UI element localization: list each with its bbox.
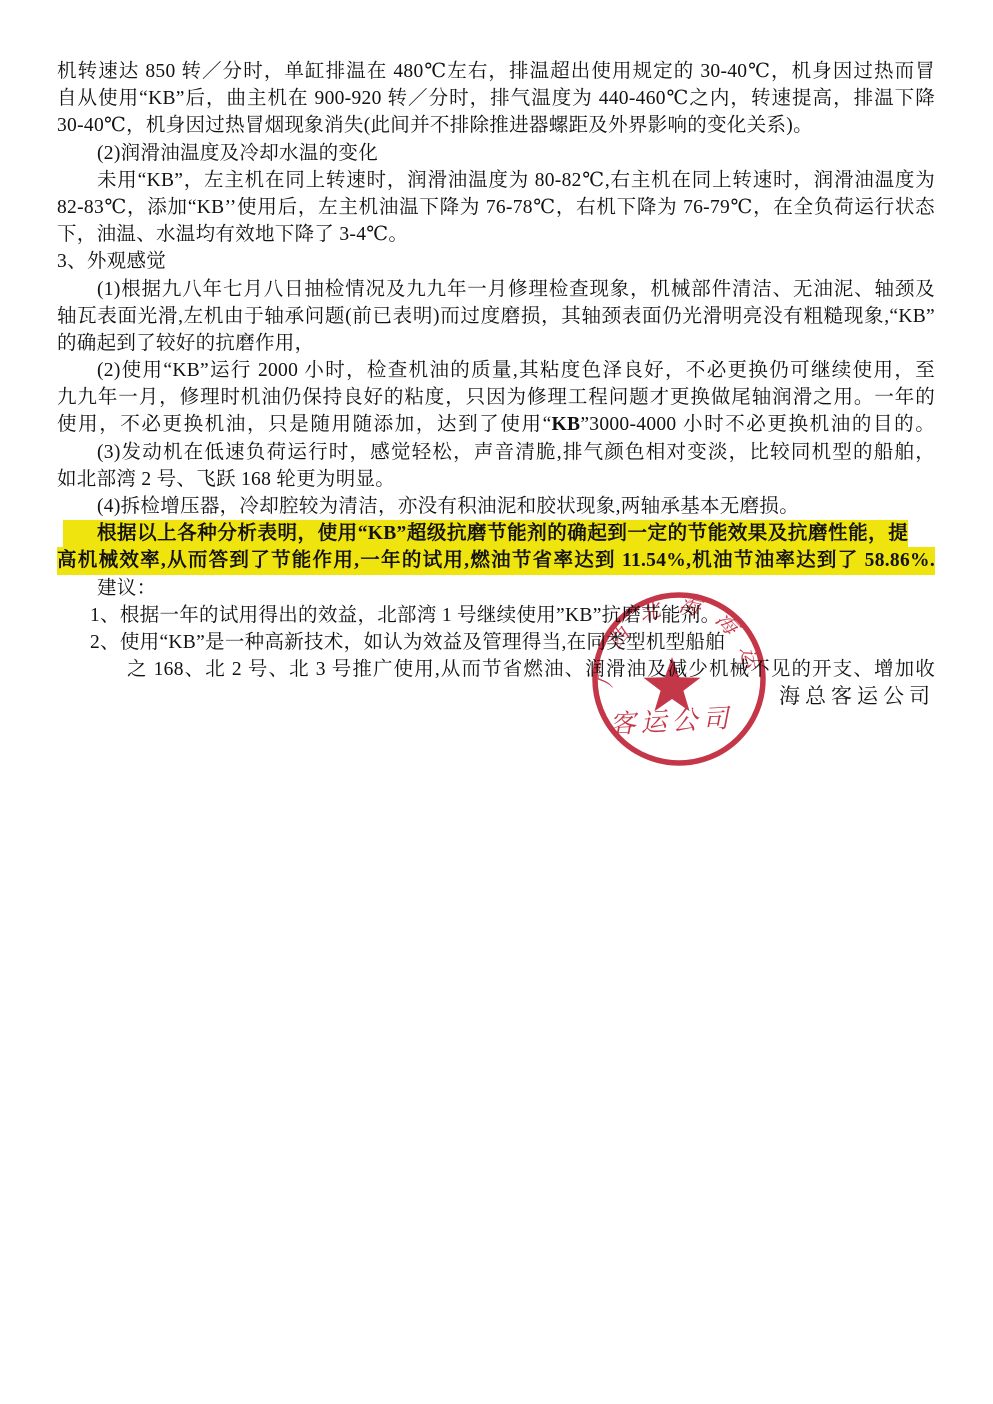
text-line: 82-83℃，添加“KB’’使用后，左主机油温下降为 76-78℃，右机下降为 … <box>57 194 935 221</box>
text-line: 之 168、北 2 号、北 3 号推广使用,从而节省燃油、润滑油及减少机械不见的… <box>57 656 935 683</box>
text-line: (4)拆检增压器，冷却腔较为清洁，亦没有积油泥和胶状现象,两轴承基本无磨损。 <box>57 493 935 520</box>
suggestion-item-1: 1、根据一年的试用得出的效益，北部湾 1 号继续使用”KB”抗磨节能剂。 <box>57 602 935 629</box>
text-line: (3)发动机在低速负荷运行时，感觉轻松，声音清脆,排气颜色相对变淡，比较同机型的… <box>57 439 935 466</box>
text-line: 自从使用“KB”后，曲主机在 900-920 转／分时，排气温度为 440-46… <box>57 85 935 112</box>
highlighted-text-line: 根据以上各种分析表明，使用“KB”超级抗磨节能剂的确起到一定的节能效果及抗磨性能… <box>63 520 908 547</box>
text-line: (1)根据九八年七月八日抽检情况及九九年一月修理检查现象，机械部件清洁、无油泥、… <box>57 276 935 303</box>
text-line: (2)使用“KB”运行 2000 小时，检查机油的质量,其粘度色泽良好，不必更换… <box>57 357 935 384</box>
text-segment: 使用，不必更换机油，只是随用随添加，达到了使用“ <box>57 414 552 435</box>
text-line: 30-40℃，机身因过热冒烟现象消失(此间并不排除推进器螺距及外界影响的变化关系… <box>57 112 935 139</box>
text-line: (2)润滑油温度及冷却水温的变化 <box>57 140 935 167</box>
text-line: 的确起到了较好的抗磨作用， <box>57 330 935 357</box>
text-line: 3、外观感觉 <box>57 248 935 275</box>
text-line: 轴瓦表面光滑,左机由于轴承问题(前已表明)而过度磨损，其轴颈表面仍光滑明亮没有粗… <box>57 303 935 330</box>
suggestion-item-2: 2、使用“KB”是一种高新技术，如认为效益及管理得当,在同类型机型船舶 <box>57 629 935 656</box>
signature-company-name: 海总客运公司 <box>57 683 935 710</box>
text-segment-bold: KB <box>552 414 581 435</box>
text-line: 下，油温、水温均有效地下降了 3-4℃。 <box>57 221 935 248</box>
text-line: 如北部湾 2 号、飞跃 168 轮更为明显。 <box>57 466 935 493</box>
text-line: 机转速达 850 转／分时，单缸排温在 480℃左右，排温超出使用规定的 30-… <box>57 58 935 85</box>
text-line: 使用，不必更换机油，只是随用随添加，达到了使用“KB”3000-4000 小时不… <box>57 411 935 438</box>
text-segment: ”3000-4000 小时不必更换机油的目的。 <box>580 414 935 435</box>
text-line: 九九年一月，修理时机油仍保持良好的粘度，只因为修理工程问题才更换做尾轴润滑之用。… <box>57 384 935 411</box>
text-line: 未用“KB”，左主机在同上转速时，润滑油温度为 80-82℃,右主机在同上转速时… <box>57 167 935 194</box>
text-line: 建议： <box>57 575 935 602</box>
document-page: 机转速达 850 转／分时，单缸排温在 480℃左右，排温超出使用规定的 30-… <box>0 0 993 1404</box>
highlighted-text-line: 高机械效率,从而答到了节能作用,一年的试用,燃油节省率达到 11.54%,机油节… <box>57 547 935 574</box>
document-text: 机转速达 850 转／分时，单缸排温在 480℃左右，排温超出使用规定的 30-… <box>57 58 935 711</box>
